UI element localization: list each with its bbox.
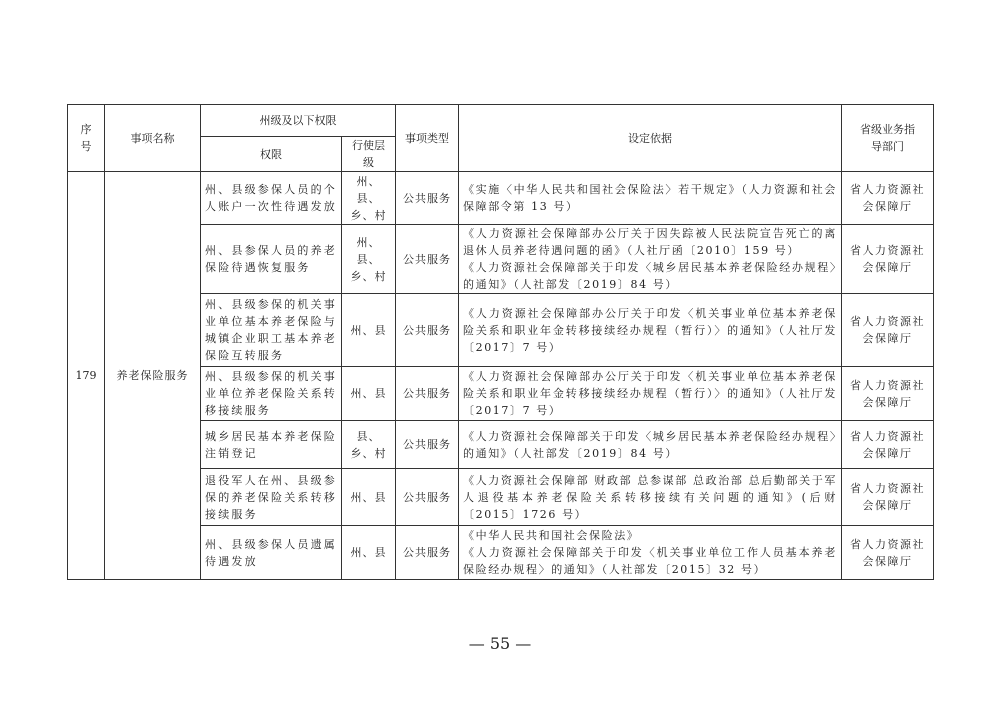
authority-table: 序号 事项名称 州级及以下权限 事项类型 设定依据 省级业务指导部门 权限 行使…	[67, 104, 934, 580]
basis-line: 《人力资源社会保障部办公厅关于因失踪被人民法院宣告死亡的离退休人员养老待遇问题的…	[463, 225, 837, 259]
type-cell: 公共服务	[396, 367, 459, 421]
basis-cell: 《中华人民共和国社会保险法》 《人力资源社会保障部关于印发〈机关事业单位工作人员…	[459, 526, 842, 580]
type-cell: 公共服务	[396, 294, 459, 367]
dept-cell: 省人力资源社会保障厅	[842, 421, 934, 469]
power-cell: 退役军人在州、县级参保的养老保险关系转移接续服务	[201, 469, 342, 526]
basis-cell: 《人力资源社会保障部关于印发〈城乡居民基本养老保险经办规程〉的通知》（人社部发〔…	[459, 421, 842, 469]
basis-line: 《人力资源社会保障部办公厅关于印发〈机关事业单位基本养老保险关系和职业年金转移接…	[463, 368, 837, 419]
basis-line: 《人力资源社会保障部办公厅关于印发〈机关事业单位基本养老保险关系和职业年金转移接…	[463, 305, 837, 356]
header-item-name: 事项名称	[105, 105, 201, 172]
power-cell: 州、县级参保人员遗属待遇发放	[201, 526, 342, 580]
basis-cell: 《人力资源社会保障部办公厅关于印发〈机关事业单位基本养老保险关系和职业年金转移接…	[459, 294, 842, 367]
type-cell: 公共服务	[396, 526, 459, 580]
power-cell: 州、县级参保人员的个人账户一次性待遇发放	[201, 172, 342, 225]
type-cell: 公共服务	[396, 469, 459, 526]
power-cell: 州、县级参保的机关事业单位基本养老保险与城镇企业职工基本养老保险互转服务	[201, 294, 342, 367]
basis-cell: 《人力资源社会保障部办公厅关于因失踪被人民法院宣告死亡的离退休人员养老待遇问题的…	[459, 225, 842, 294]
item-name-cell: 养老保险服务	[105, 172, 201, 580]
level-cell: 州、县	[342, 526, 396, 580]
level-cell: 州、县、乡、村	[342, 172, 396, 225]
level-cell: 州、县	[342, 367, 396, 421]
level-cell: 州、县、乡、村	[342, 225, 396, 294]
type-cell: 公共服务	[396, 225, 459, 294]
dept-cell: 省人力资源社会保障厅	[842, 172, 934, 225]
basis-cell: 《人力资源社会保障部 财政部 总参谋部 总政治部 总后勤部关于军人退役基本养老保…	[459, 469, 842, 526]
basis-line: 《人力资源社会保障部 财政部 总参谋部 总政治部 总后勤部关于军人退役基本养老保…	[463, 472, 837, 523]
basis-line: 《人力资源社会保障部关于印发〈机关事业单位工作人员基本养老保险经办规程〉的通知》…	[463, 544, 837, 578]
basis-line: 《人力资源社会保障部关于印发〈城乡居民基本养老保险经办规程〉的通知》（人社部发〔…	[463, 259, 837, 293]
header-type: 事项类型	[396, 105, 459, 172]
dept-cell: 省人力资源社会保障厅	[842, 526, 934, 580]
header-basis: 设定依据	[459, 105, 842, 172]
basis-cell: 《人力资源社会保障部办公厅关于印发〈机关事业单位基本养老保险关系和职业年金转移接…	[459, 367, 842, 421]
dept-cell: 省人力资源社会保障厅	[842, 469, 934, 526]
seq-cell: 179	[68, 172, 105, 580]
power-cell: 州、县参保人员的养老保险待遇恢复服务	[201, 225, 342, 294]
table-row: 179 养老保险服务 州、县级参保人员的个人账户一次性待遇发放 州、县、乡、村 …	[68, 172, 934, 225]
header-dept: 省级业务指导部门	[842, 105, 934, 172]
header-power: 权限	[201, 137, 342, 172]
dept-cell: 省人力资源社会保障厅	[842, 367, 934, 421]
type-cell: 公共服务	[396, 421, 459, 469]
type-cell: 公共服务	[396, 172, 459, 225]
power-cell: 州、县级参保的机关事业单位养老保险关系转移接续服务	[201, 367, 342, 421]
power-cell: 城乡居民基本养老保险注销登记	[201, 421, 342, 469]
header-authority-group: 州级及以下权限	[201, 105, 396, 137]
dept-cell: 省人力资源社会保障厅	[842, 294, 934, 367]
basis-cell: 《实施〈中华人民共和国社会保险法〉若干规定》（人力资源和社会保障部令第 13 号…	[459, 172, 842, 225]
page-number: — 55 —	[0, 634, 1000, 653]
basis-line: 《中华人民共和国社会保险法》	[463, 527, 837, 544]
basis-line: 《实施〈中华人民共和国社会保险法〉若干规定》（人力资源和社会保障部令第 13 号…	[463, 181, 837, 215]
header-level: 行使层级	[342, 137, 396, 172]
basis-line: 《人力资源社会保障部关于印发〈城乡居民基本养老保险经办规程〉的通知》（人社部发〔…	[463, 428, 837, 462]
header-seq: 序号	[68, 105, 105, 172]
level-cell: 县、乡、村	[342, 421, 396, 469]
level-cell: 州、县	[342, 469, 396, 526]
dept-cell: 省人力资源社会保障厅	[842, 225, 934, 294]
document-page: 序号 事项名称 州级及以下权限 事项类型 设定依据 省级业务指导部门 权限 行使…	[0, 0, 1000, 707]
level-cell: 州、县	[342, 294, 396, 367]
